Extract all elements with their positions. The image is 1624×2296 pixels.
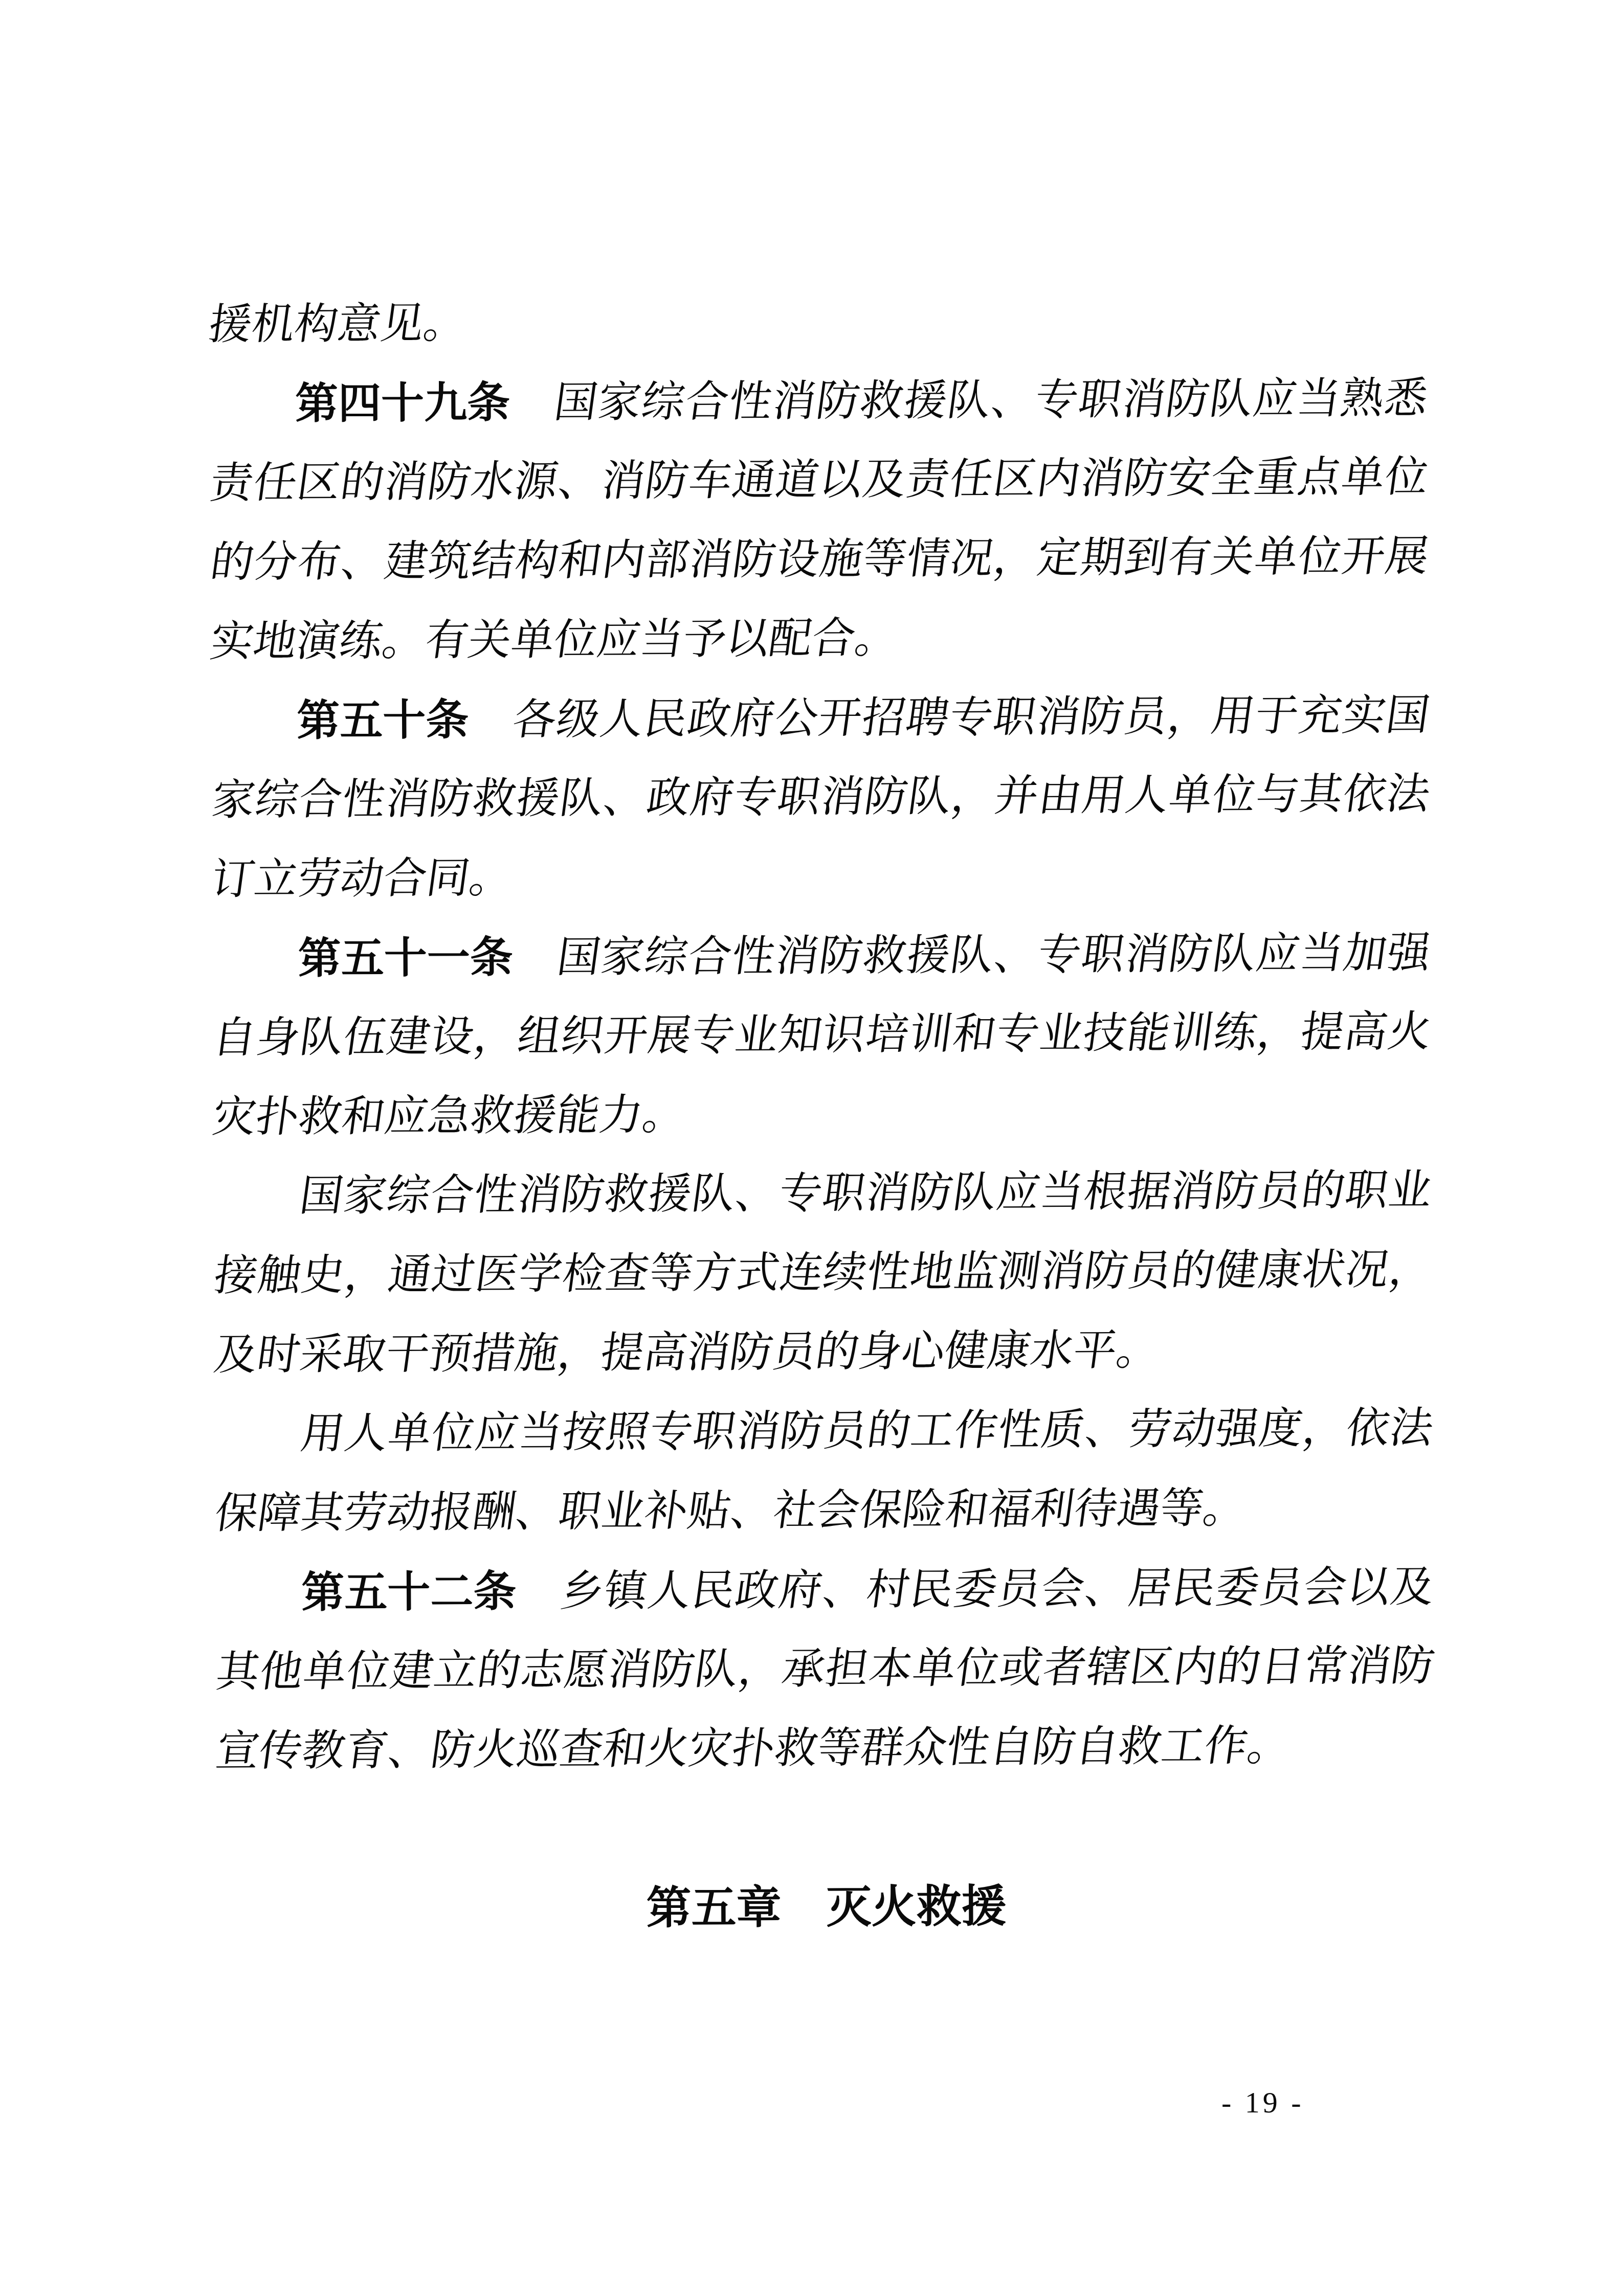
text-line: 订立劳动合同。 bbox=[207, 834, 1436, 919]
line-text: 实地演练。有关单位应当予以配合。 bbox=[207, 615, 901, 666]
text-line: 第五十二条 乡镇人民政府、村民委员会、居民委员会以及 bbox=[210, 1547, 1439, 1633]
text-line: 的分布、建筑结构和内部消防设施等情况，定期到有关单位开展 bbox=[205, 516, 1434, 602]
text-line: 保障其劳动报酬、职业补贴、社会保险和福利待遇等。 bbox=[210, 1468, 1439, 1554]
line-text: 家综合性消防救援队、政府专职消防队，并由用人单位与其依法 bbox=[208, 770, 1433, 824]
text-line: 灾扑救和应急救援能力。 bbox=[208, 1071, 1437, 1157]
text-line: 其他单位建立的志愿消防队，承担本单位或者辖区内的日常消防 bbox=[211, 1626, 1440, 1712]
page-number: - 19 - bbox=[1221, 2082, 1304, 2123]
text-line: 用人单位应当按照专职消防员的工作性质、劳动强度，依法 bbox=[209, 1388, 1438, 1474]
line-text: 订立劳动合同。 bbox=[209, 854, 516, 904]
text-line: 责任区的消防水源、消防车通道以及责任区内消防安全重点单位 bbox=[205, 437, 1434, 523]
text-block: 援机构意见。 第四十九条 国家综合性消防救援队、专职消防队应当熟悉 责任区的消防… bbox=[209, 279, 1436, 1950]
text-line: 家综合性消防救援队、政府专职消防队，并由用人单位与其依法 bbox=[206, 754, 1435, 840]
article-number: 第五十一条 bbox=[298, 918, 513, 998]
line-text: 其他单位建立的志愿消防队，承担本单位或者辖区内的日常消防 bbox=[213, 1642, 1438, 1696]
line-text: 国家综合性消防救援队、专职消防队应当加强 bbox=[509, 929, 1434, 981]
article-number: 第四十九条 bbox=[295, 363, 510, 443]
line-text: 的分布、建筑结构和内部消防设施等情况，定期到有关单位开展 bbox=[207, 532, 1432, 587]
line-text: 乡镇人民政府、村民委员会、居民委员会以及 bbox=[513, 1563, 1437, 1615]
document-page: { "page": { "background": "#ffffff", "te… bbox=[0, 0, 1624, 2296]
text-line: 援机构意见。 bbox=[204, 279, 1433, 365]
line-text: 接触史，通过医学检查等方式连续性地监测消防员的健康状况， bbox=[211, 1246, 1436, 1300]
line-text: 宣传教育、防火巡查和火灾扑救等群众性自防自救工作。 bbox=[213, 1722, 1294, 1775]
text-line: 自身队伍建设，组织开展专业知识培训和专业技能训练，提高火 bbox=[207, 992, 1436, 1078]
text-line: 及时采取干预措施，提高消防员的身心健康水平。 bbox=[209, 1309, 1438, 1395]
text-line: 第五十条 各级人民政府公开招聘专职消防员，用于充实国 bbox=[206, 675, 1435, 761]
line-text: 国家综合性消防救援队、专职消防队应当根据消防员的职业 bbox=[296, 1166, 1435, 1220]
line-text: 责任区的消防水源、消防车通道以及责任区内消防安全重点单位 bbox=[207, 453, 1432, 507]
text-line: 国家综合性消防救援队、专职消防队应当根据消防员的职业 bbox=[208, 1151, 1437, 1236]
line-text: 灾扑救和应急救援能力。 bbox=[210, 1091, 689, 1141]
line-text: 国家综合性消防救援队、专职消防队应当熟悉 bbox=[507, 374, 1431, 426]
text-line: 第四十九条 国家综合性消防救援队、专职消防队应当熟悉 bbox=[204, 358, 1433, 444]
line-text: 用人单位应当按照专职消防员的工作性质、劳动强度，依法 bbox=[297, 1404, 1436, 1458]
chapter-heading: 第五章 灭火救援 bbox=[217, 1864, 1436, 1949]
article-number: 第五十二条 bbox=[301, 1552, 517, 1632]
line-text: 及时采取干预措施，提高消防员的身心健康水平。 bbox=[211, 1326, 1163, 1379]
page-sheet: 援机构意见。 第四十九条 国家综合性消防救援队、专职消防队应当熟悉 责任区的消防… bbox=[0, 0, 1624, 2296]
text-line: 第五十一条 国家综合性消防救援队、专职消防队应当加强 bbox=[207, 913, 1436, 999]
text-line: 接触史，通过医学检查等方式连续性地监测消防员的健康状况， bbox=[209, 1230, 1438, 1316]
article-number: 第五十条 bbox=[297, 680, 469, 760]
line-text: 援机构意见。 bbox=[206, 300, 470, 349]
text-line: 实地演练。有关单位应当予以配合。 bbox=[205, 596, 1434, 682]
line-text: 各级人民政府公开招聘专职消防员，用于充实国 bbox=[465, 691, 1433, 744]
line-text: 自身队伍建设，组织开展专业知识培训和专业技能训练，提高火 bbox=[209, 1008, 1434, 1062]
line-text: 保障其劳动报酬、职业补贴、社会保险和福利待遇等。 bbox=[212, 1484, 1250, 1538]
text-line: 宣传教育、防火巡查和火灾扑救等群众性自防自救工作。 bbox=[211, 1705, 1440, 1791]
